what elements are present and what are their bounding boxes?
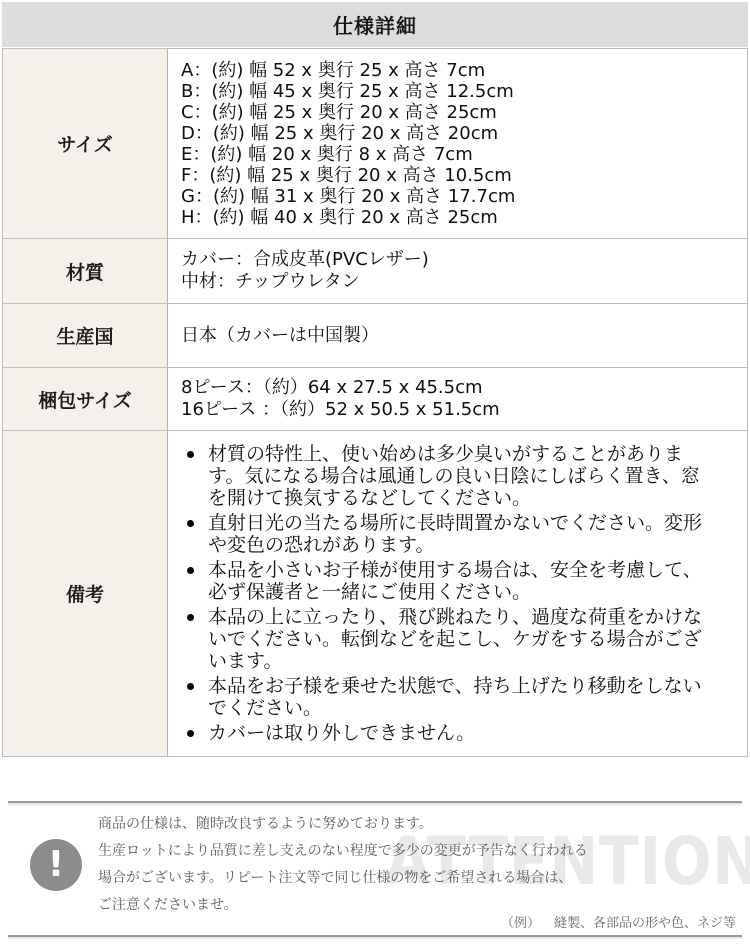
size-line: B：(約) 幅 45 x 奥行 25 x 高さ 12.5cm — [181, 81, 737, 102]
row-label-package-size: 梱包サイズ — [3, 368, 168, 430]
spec-row-country: 生産国 日本（カバーは中国製） — [3, 303, 747, 367]
size-line: F：(約) 幅 25 x 奥行 20 x 高さ 10.5cm — [181, 165, 737, 186]
package-size-line: 8ピース：（約）64 x 27.5 x 45.5cm — [181, 377, 737, 399]
spec-row-notes: 備考 材質の特性上、使い始めは多少臭いがすることがありま す。気になる場合は風通… — [3, 430, 747, 756]
example-note: （例）縫製、各部品の形や色、ネジ等 — [501, 912, 736, 931]
note-item: カバーは取り外しできません。 — [181, 722, 737, 744]
row-label-material: 材質 — [3, 239, 168, 303]
spec-row-material: 材質 カバー：合成皮革(PVCレザー) 中材：チップウレタン — [3, 238, 747, 303]
attention-line: 商品の仕様は、随時改良するように努めております。 — [98, 811, 588, 838]
notes-values: 材質の特性上、使い始めは多少臭いがすることがありま す。気になる場合は風通しの良… — [168, 431, 747, 756]
note-item: 直射日光の当たる場所に長時間置かないでください。変形 や変色の恐れがあります。 — [181, 512, 737, 556]
note-item: 材質の特性上、使い始めは多少臭いがすることがありま す。気になる場合は風通しの良… — [181, 443, 737, 509]
material-values: カバー：合成皮革(PVCレザー) 中材：チップウレタン — [168, 239, 747, 303]
spec-row-size: サイズ A：(約) 幅 52 x 奥行 25 x 高さ 7cm B：(約) 幅 … — [3, 49, 747, 238]
exclamation-icon: ! — [30, 839, 82, 891]
row-label-notes: 備考 — [3, 431, 168, 756]
attention-body: ATTENTION ! 商品の仕様は、随時改良するように努めております。 生産ロ… — [8, 803, 742, 935]
package-size-line: 16ピース ：（約）52 x 50.5 x 51.5cm — [181, 399, 737, 421]
spec-row-package-size: 梱包サイズ 8ピース：（約）64 x 27.5 x 45.5cm 16ピース ：… — [3, 367, 747, 430]
notes-list: 材質の特性上、使い始めは多少臭いがすることがありま す。気になる場合は風通しの良… — [181, 440, 737, 747]
note-item: 本品を小さいお子様が使用する場合は、安全を考慮して、 必ず保護者と一緒にご使用く… — [181, 559, 737, 603]
country-line: 日本（カバーは中国製） — [181, 325, 737, 347]
example-text: 縫製、各部品の形や色、ネジ等 — [554, 916, 736, 931]
size-line: H：(約) 幅 40 x 奥行 20 x 高さ 25cm — [181, 207, 737, 228]
attention-content: ! 商品の仕様は、随時改良するように努めております。 生産ロットにより品質に差し… — [8, 811, 742, 919]
attention-line: 生産ロットにより品質に差し支えのない程度で多少の変更が予告なく行われる — [98, 838, 588, 865]
spec-header: 仕様詳細 — [2, 2, 748, 47]
country-values: 日本（カバーは中国製） — [168, 304, 747, 367]
spec-table: サイズ A：(約) 幅 52 x 奥行 25 x 高さ 7cm B：(約) 幅 … — [2, 48, 748, 757]
material-line: カバー：合成皮革(PVCレザー) — [181, 249, 737, 271]
size-line: D：(約) 幅 25 x 奥行 20 x 高さ 20cm — [181, 123, 737, 144]
divider-line-bottom — [8, 935, 742, 937]
size-line: G：(約) 幅 31 x 奥行 20 x 高さ 17.7cm — [181, 186, 737, 207]
size-line: C：(約) 幅 25 x 奥行 20 x 高さ 25cm — [181, 102, 737, 123]
spec-header-title: 仕様詳細 — [333, 10, 417, 39]
package-size-values: 8ピース：（約）64 x 27.5 x 45.5cm 16ピース ：（約）52 … — [168, 368, 747, 430]
size-line: A：(約) 幅 52 x 奥行 25 x 高さ 7cm — [181, 60, 737, 81]
attention-line: 場合がございます。リピート注文等で同じ仕様の物をご希望される場合は、 — [98, 865, 588, 892]
attention-section: ATTENTION ! 商品の仕様は、随時改良するように努めております。 生産ロ… — [8, 801, 742, 937]
size-line: E：(約) 幅 20 x 奥行 8 x 高さ 7cm — [181, 144, 737, 165]
row-label-country: 生産国 — [3, 304, 168, 367]
note-item: 本品をお子様を乗せた状態で、持ち上げたり移動をしない でください。 — [181, 675, 737, 719]
row-label-size: サイズ — [3, 49, 168, 238]
size-values: A：(約) 幅 52 x 奥行 25 x 高さ 7cm B：(約) 幅 45 x… — [168, 49, 747, 238]
example-label: （例） — [501, 916, 540, 931]
attention-text: 商品の仕様は、随時改良するように努めております。 生産ロットにより品質に差し支え… — [98, 811, 588, 919]
material-line: 中材：チップウレタン — [181, 271, 737, 293]
note-item: 本品の上に立ったり、飛び跳ねたり、過度な荷重をかけな いでください。転倒などを起… — [181, 606, 737, 672]
